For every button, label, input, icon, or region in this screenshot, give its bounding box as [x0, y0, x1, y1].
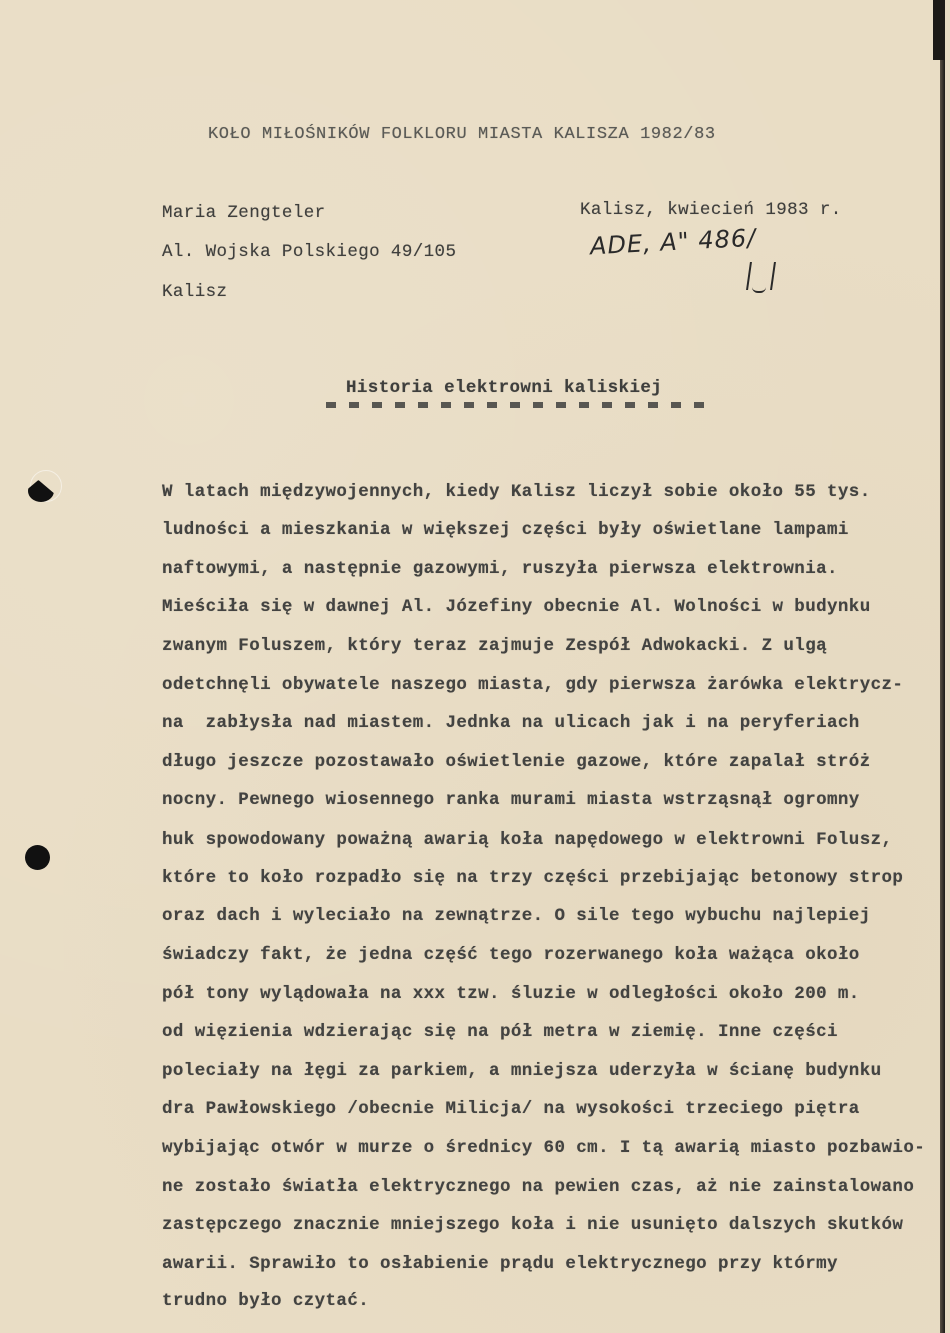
body-line: Mieściła się w dawnej Al. Józefiny obecn… [162, 597, 871, 617]
body-line: ludności a mieszkania w większej części … [162, 520, 849, 540]
sender-name: Maria Zengteler [162, 203, 326, 223]
body-line: huk spowodowany poważną awarią koła napę… [162, 830, 892, 850]
body-line: wybijając otwór w murze o średnicy 60 cm… [162, 1138, 925, 1158]
body-line: awarii. Sprawiło to osłabienie prądu ele… [162, 1254, 838, 1274]
document-page: KOŁO MIŁOŚNIKÓW FOLKLORU MIASTA KALISZA … [0, 0, 945, 1333]
body-line: pół tony wylądowała na xxx tzw. śluzie w… [162, 984, 860, 1004]
handwritten-roman-numeral-mark [746, 262, 776, 290]
document-title: Historia elektrowni kaliskiej [346, 378, 662, 398]
body-line: świadczy fakt, że jedna część tego rozer… [162, 945, 860, 965]
body-line: ne zostało światła elektrycznego na pewi… [162, 1177, 914, 1197]
sender-city: Kalisz [162, 282, 227, 302]
body-line: nocny. Pewnego wiosennego ranka murami m… [162, 790, 860, 810]
organization-header: KOŁO MIŁOŚNIKÓW FOLKLORU MIASTA KALISZA … [208, 125, 716, 144]
place-and-date: Kalisz, kwiecień 1983 r. [580, 200, 842, 220]
handwritten-archive-note: ADE, A" 486/ [589, 224, 757, 261]
title-dashed-underline [326, 402, 711, 408]
body-line: odetchnęli obywatele naszego miasta, gdy… [162, 675, 903, 695]
body-line: długo jeszcze pozostawało oświetlenie ga… [162, 752, 871, 772]
body-line: naftowymi, a następnie gazowymi, ruszyła… [162, 559, 838, 579]
body-line: zwanym Foluszem, który teraz zajmuje Zes… [162, 636, 827, 656]
page-corner-shadow [933, 0, 945, 60]
body-line: trudno było czytać. [162, 1291, 369, 1311]
body-line: od więzienia wdzierając się na pół metra… [162, 1022, 838, 1042]
body-line: które to koło rozpadło się na trzy częśc… [162, 868, 903, 888]
body-line: W latach międzywojennych, kiedy Kalisz l… [162, 482, 871, 502]
page-edge-shadow [940, 0, 945, 1333]
handwritten-underline-mark [752, 287, 766, 293]
sender-street: Al. Wojska Polskiego 49/105 [162, 242, 456, 262]
body-line: oraz dach i wyleciało na zewnątrze. O si… [162, 906, 871, 926]
punch-hole-bottom [25, 845, 50, 870]
body-line: na zabłysła nad miastem. Jednka na ulica… [162, 713, 860, 733]
body-line: zastępczego znacznie mniejszego koła i n… [162, 1215, 903, 1235]
body-line: poleciały na łęgi za parkiem, a mniejsza… [162, 1061, 882, 1081]
body-line: dra Pawłowskiego /obecnie Milicja/ na wy… [162, 1099, 860, 1119]
